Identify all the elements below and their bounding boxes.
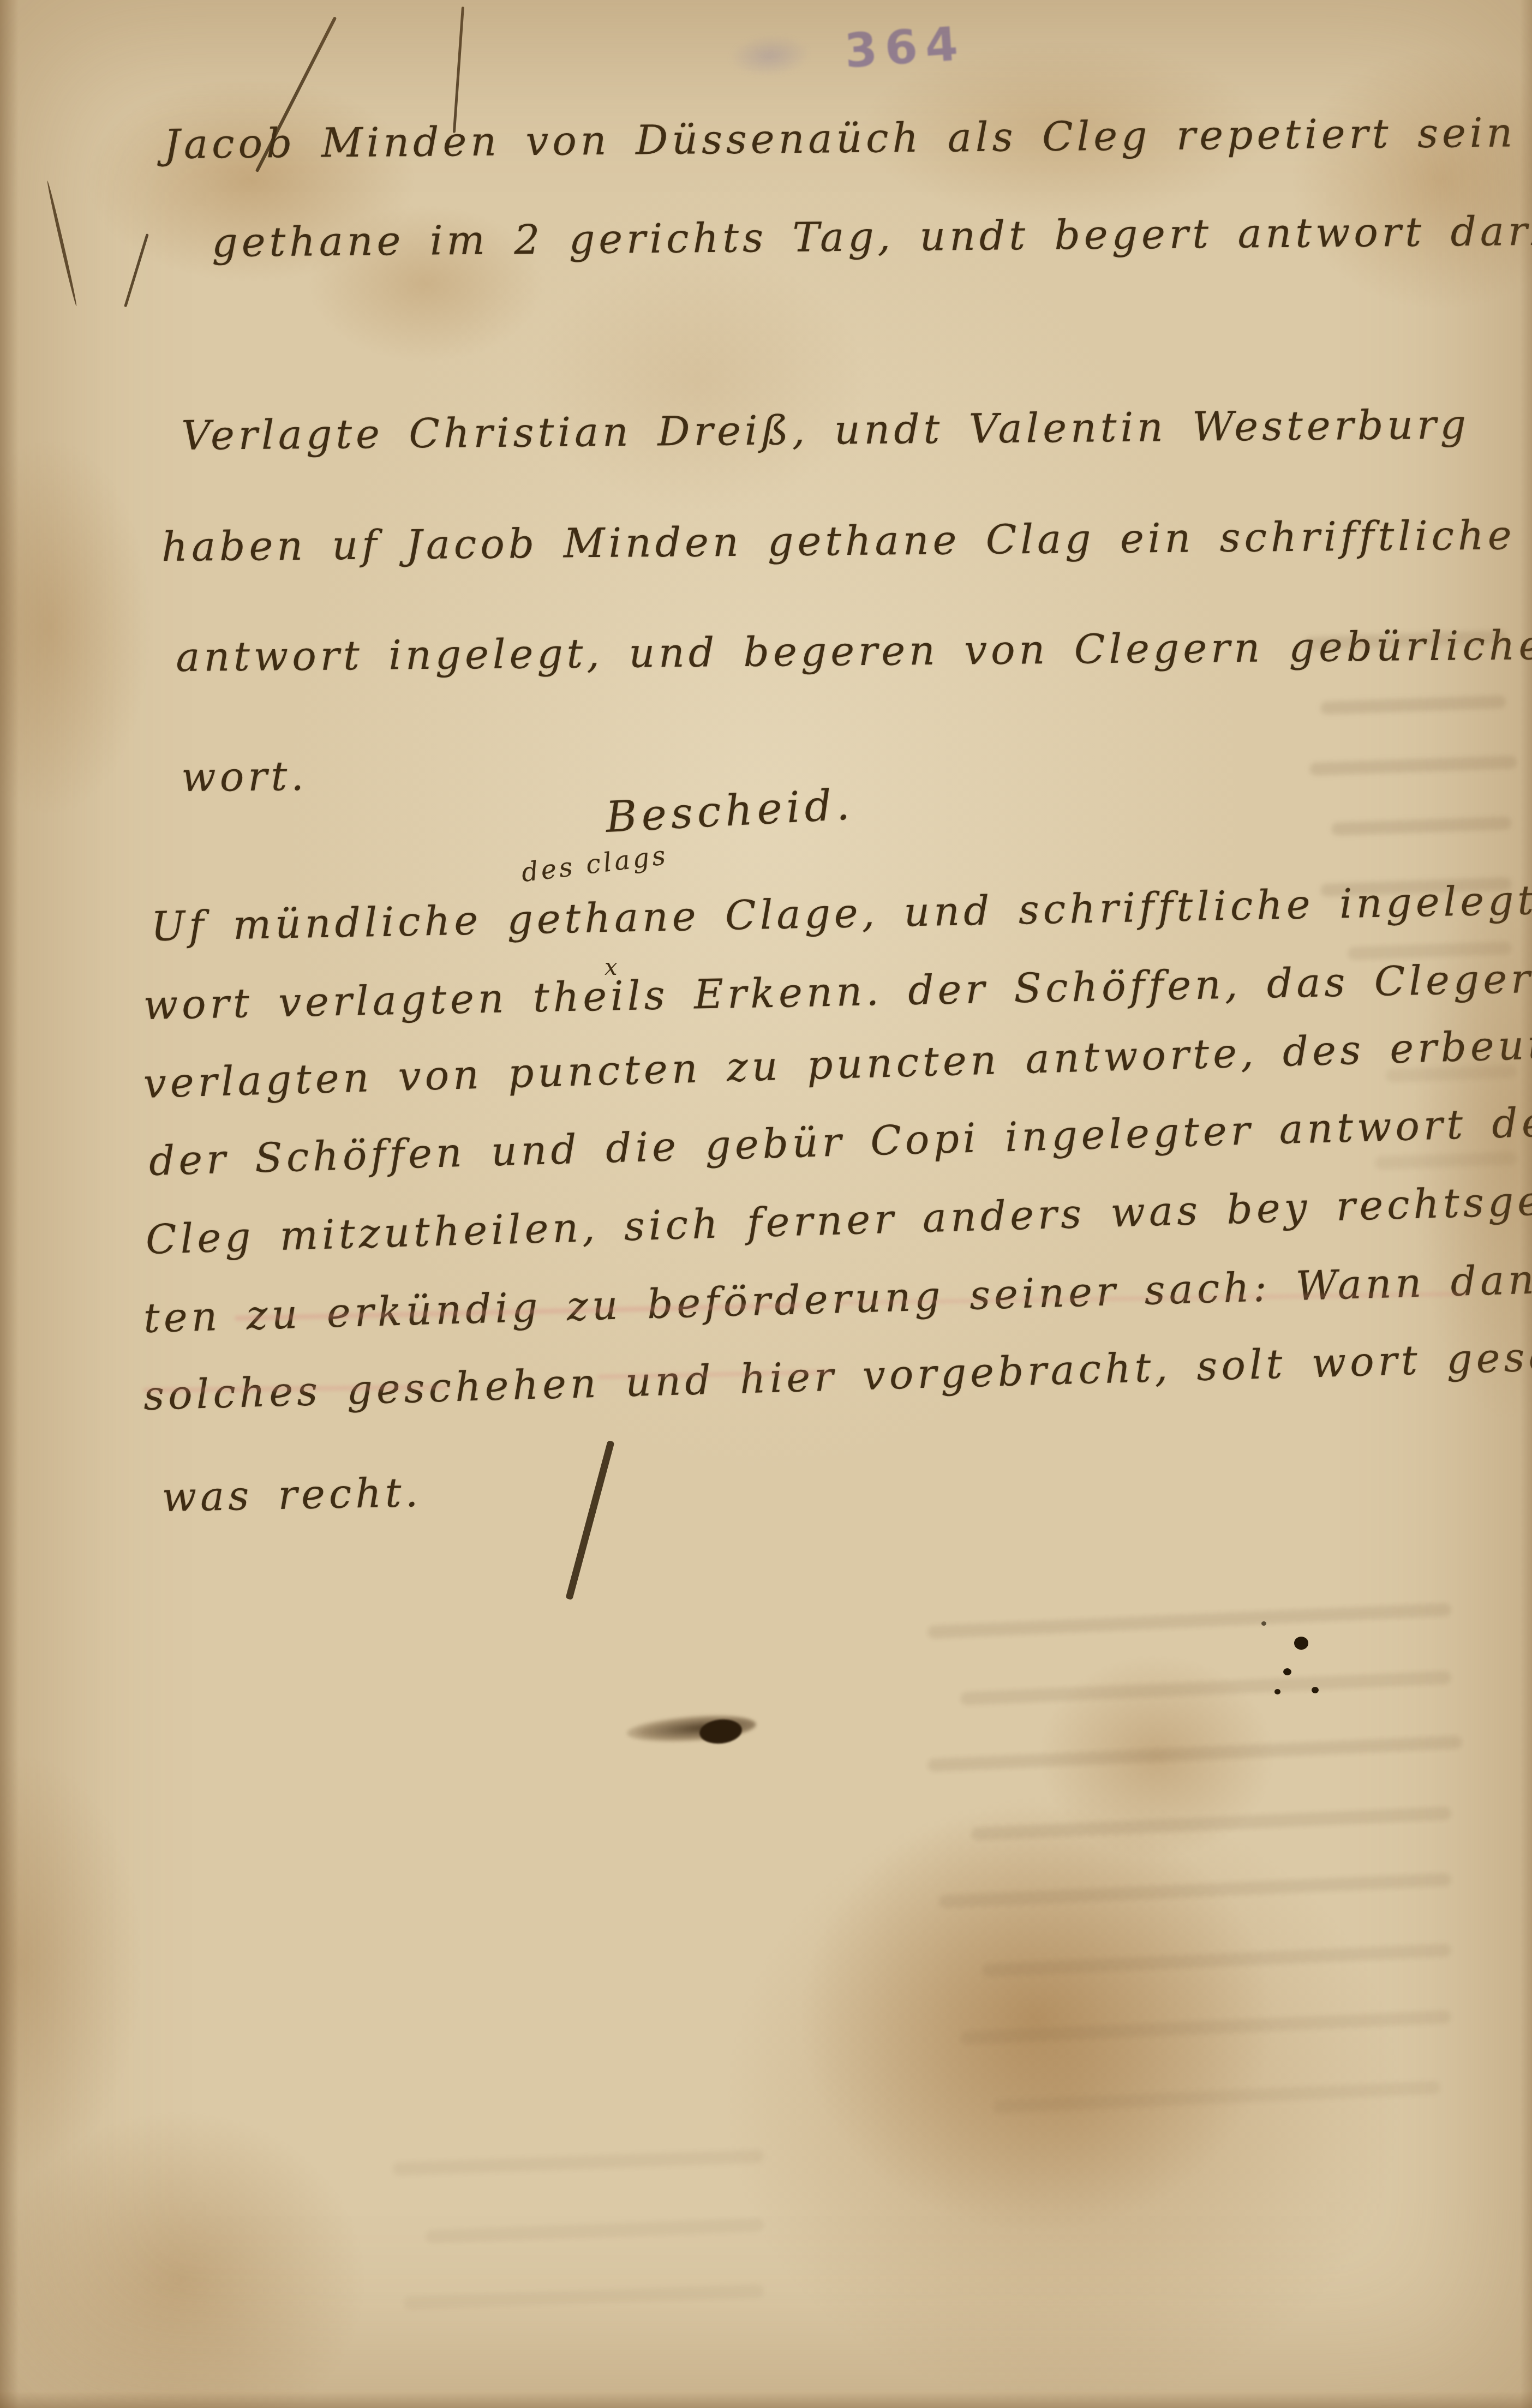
interlinear-insertion: des clags (520, 842, 669, 886)
bleedthrough-mark (393, 2149, 764, 2176)
ink-spatter-dot (1294, 1637, 1308, 1650)
bleedthrough-mark (982, 1943, 1451, 1976)
bleedthrough-mark (1320, 695, 1506, 715)
ink-flourish (453, 7, 464, 133)
manuscript-line: gethane im 2 gerichts Tag, undt begert a… (212, 211, 1532, 263)
bleedthrough-mark (993, 2081, 1440, 2113)
bleedthrough-mark (1331, 816, 1512, 836)
manuscript-line: antwort ingelegt, und begeren von Cleger… (176, 624, 1532, 678)
manuscript-line: wort. (181, 756, 308, 798)
erased-folio-mark (728, 32, 812, 79)
bleedthrough-mark (938, 1873, 1451, 1908)
manuscript-line: solches geschehen und hier vorgebracht, … (143, 1335, 1532, 1416)
manuscript-line: Jacob Minden von Düssenaüch als Cleg rep… (164, 112, 1517, 165)
manuscript-line: was recht. (161, 1472, 422, 1518)
bleedthrough-mark (927, 1735, 1462, 1772)
bleedthrough-mark (404, 2284, 764, 2310)
page-edge-bottom (0, 2392, 1532, 2408)
manuscript-line: verlagten von puncten zu puncten antwort… (143, 1021, 1532, 1104)
ink-flourish (46, 181, 78, 307)
manuscript-line: ten zu erkündig zu beförderung seiner sa… (143, 1259, 1532, 1339)
ink-flourish-descender (565, 1440, 614, 1600)
bleedthrough-mark (927, 1603, 1451, 1639)
manuscript-line: der Schöffen und die gebür Copi ingelegt… (148, 1101, 1532, 1182)
bleedthrough-mark (971, 1807, 1451, 1841)
manuscript-line: Cleg mitzutheilen, sich ferner anders wa… (145, 1177, 1532, 1260)
manuscript-page: 364 Jacob Minden von Düssenaüch als Cleg… (0, 0, 1532, 2408)
bleedthrough-mark (960, 1671, 1451, 1705)
bleedthrough-mark (960, 2010, 1451, 2045)
section-heading: Bescheid. (605, 783, 855, 839)
page-edge-left (0, 0, 19, 2408)
bleedthrough-mark (1375, 1152, 1517, 1170)
ink-spatter-dot (1283, 1668, 1291, 1675)
folio-number: 364 (843, 20, 967, 75)
manuscript-line: wort verlagten theils Erkenn. der Schöff… (143, 959, 1532, 1026)
manuscript-line: Verlagte Christian Dreiß, undt Valentin … (181, 404, 1470, 456)
bleedthrough-mark (426, 2218, 764, 2243)
manuscript-line: haben uf Jacob Minden gethane Clag ein s… (161, 515, 1516, 567)
ink-flourish (124, 233, 149, 307)
bleedthrough-mark (1309, 756, 1517, 776)
